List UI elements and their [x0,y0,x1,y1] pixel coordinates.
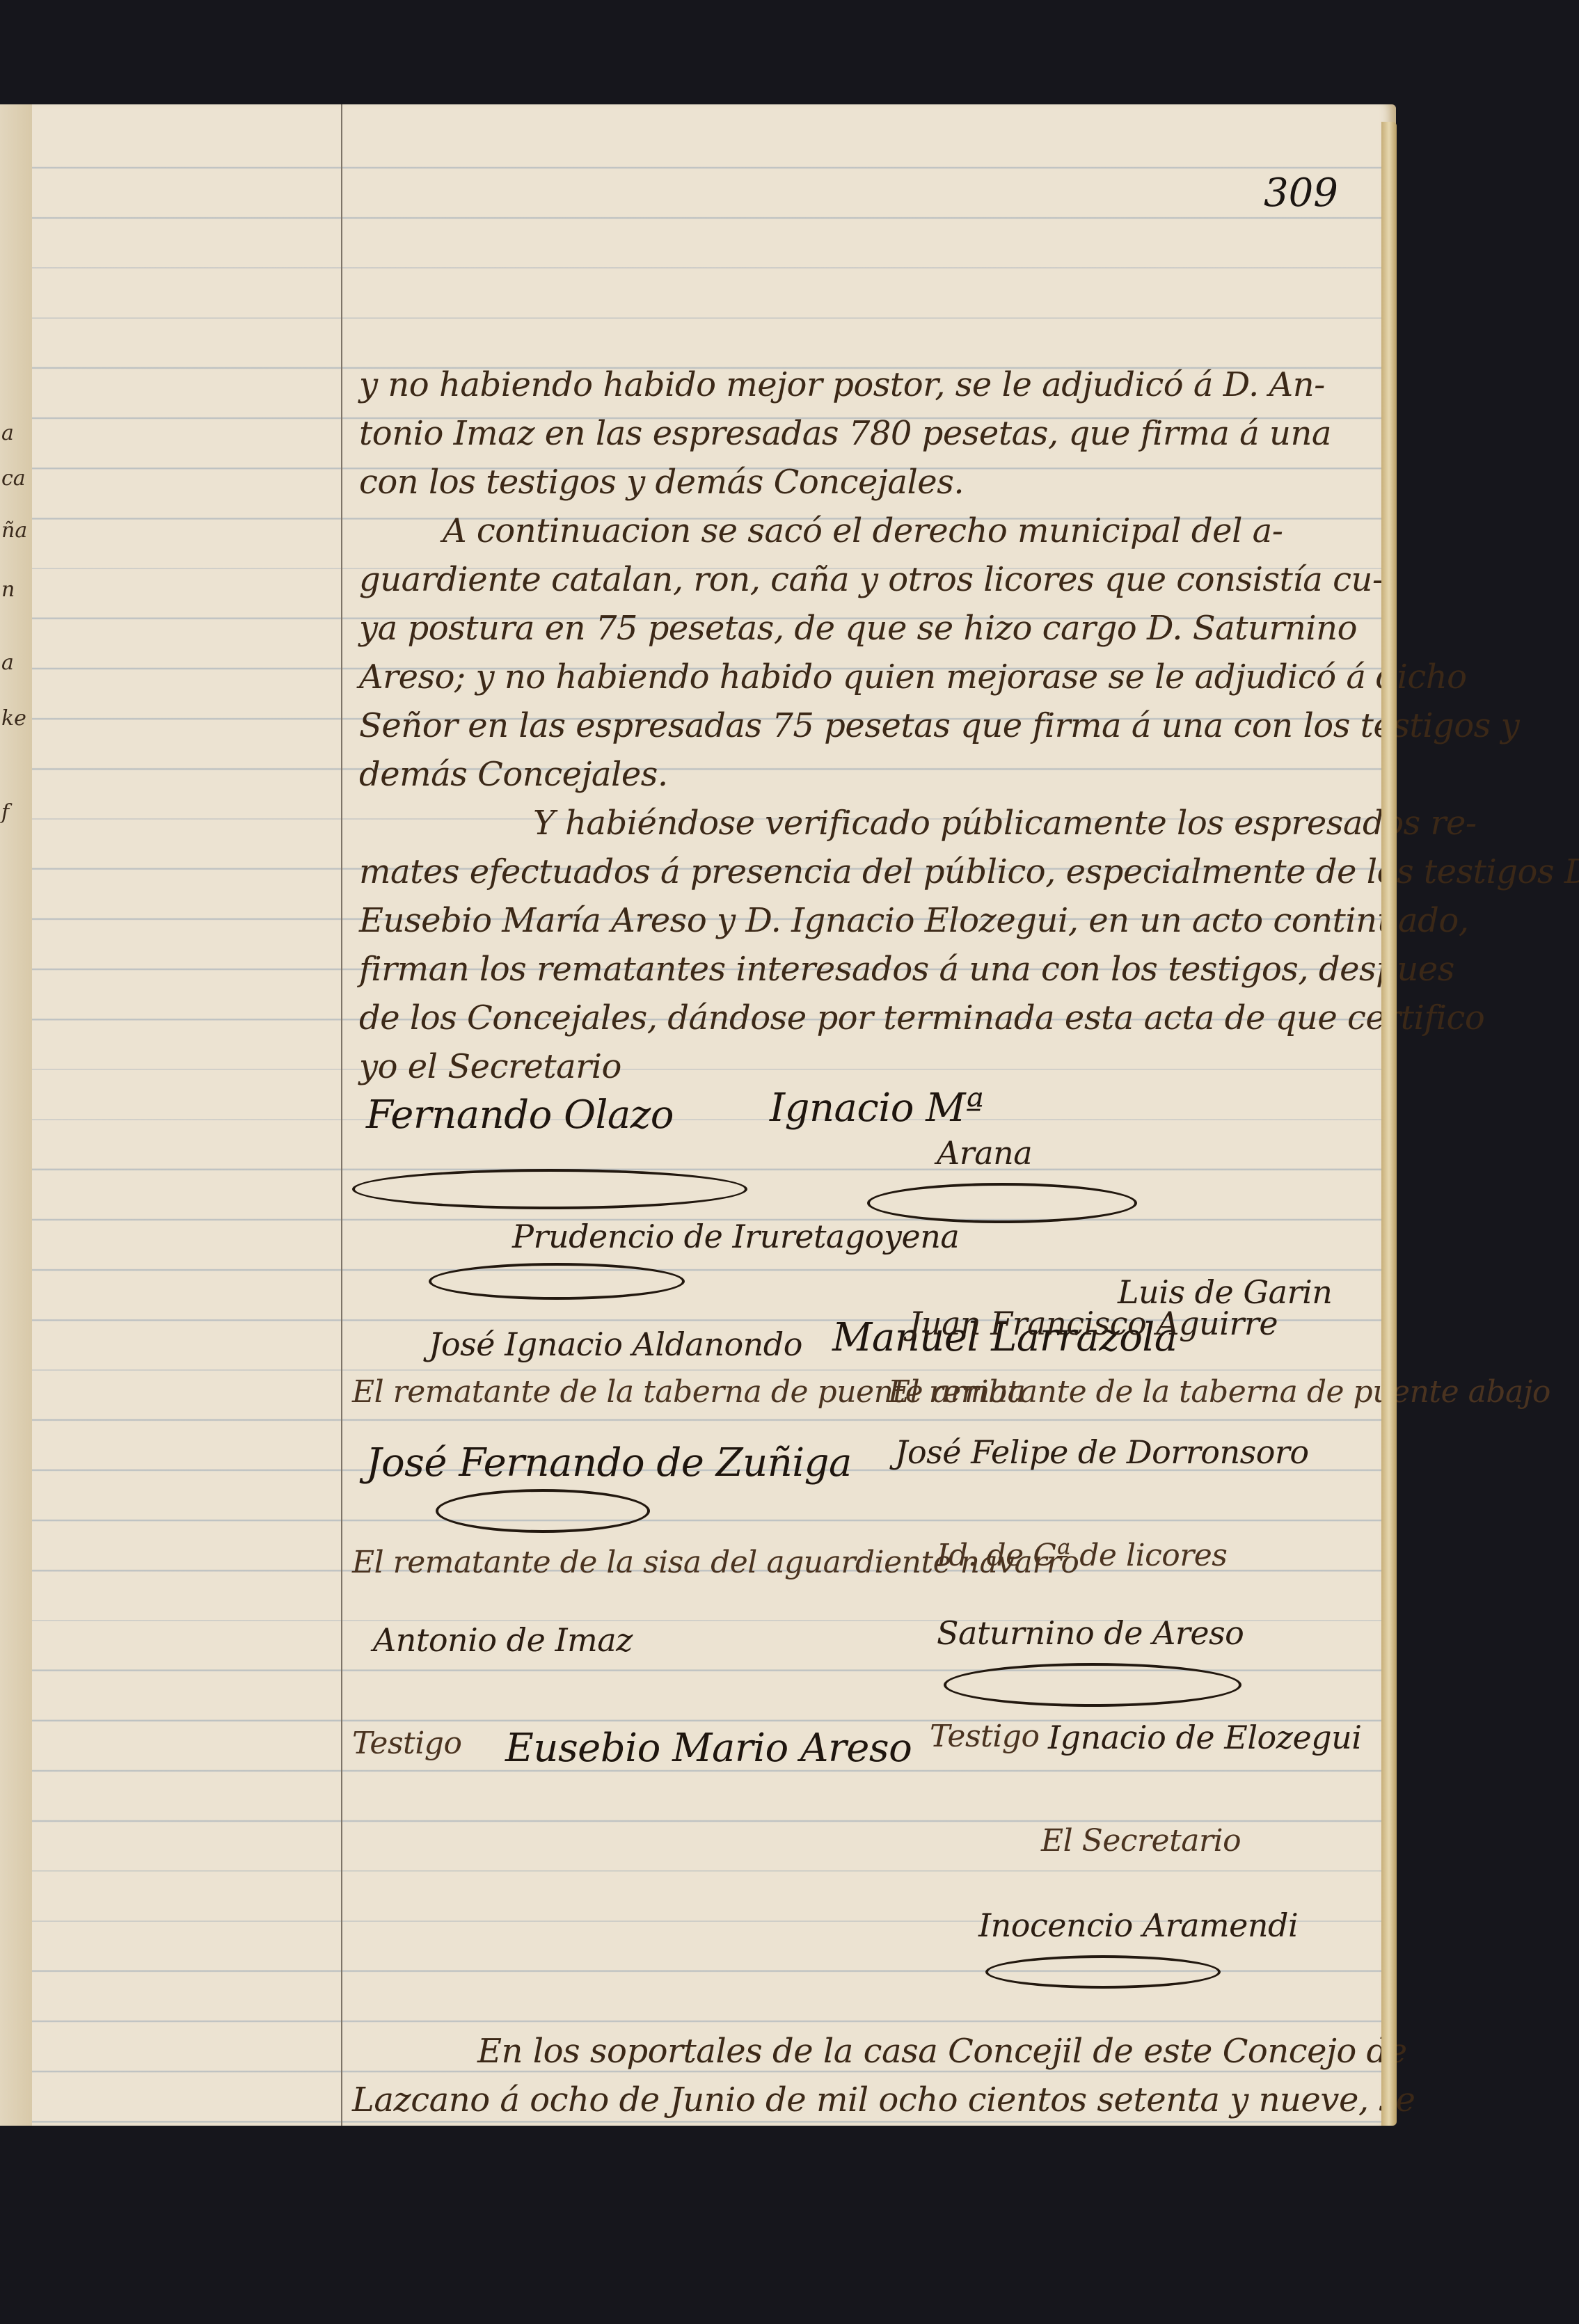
signature: José Ignacio Aldanondo [429,1326,802,1363]
previous-page-fragment: ca [1,466,26,491]
signature: Antonio de Imaz [373,1621,633,1659]
signature-flourish [352,1169,747,1209]
body-line: Lazcano á ocho de Junio de mil ocho cien… [352,2080,1415,2119]
rematante-label: El rematante de la taberna de puente aba… [888,1374,1550,1410]
signature-flourish [944,1663,1241,1707]
margin-rule [341,104,342,2126]
signature-flourish [429,1263,685,1300]
body-line: yo el Secretario [359,1047,621,1086]
signature: Prudencio de Iruretagoyena [512,1218,959,1255]
signature-flourish [436,1489,650,1533]
body-line: tonio Imaz en las espresadas 780 pesetas… [359,414,1331,453]
previous-page-edge: a ca ña n a ke f [0,104,34,2126]
body-line: En los soportales de la casa Concejil de… [477,2032,1407,2071]
signature: José Fernando de Zuñiga [366,1440,852,1486]
body-line: guardiente catalan, ron, caña y otros li… [359,560,1383,599]
body-line: con los testigos y demás Concejales. [359,463,964,502]
page-edge [1381,122,1397,2126]
body-line: firman los rematantes interesados á una … [359,950,1454,989]
rematante-label: Id. de Cª de licores [937,1538,1227,1573]
body-line: demás Concejales. [359,755,668,794]
signature: Eusebio Mario Areso [505,1726,912,1771]
body-line: Señor en las espresadas 75 pesetas que f… [359,706,1519,745]
signature: Ignacio Mª [770,1085,983,1131]
witness-label: Testigo [352,1726,461,1761]
body-line: A continuacion se sacó el derecho munici… [443,511,1283,550]
body-line: y no habiendo habido mejor postor, se le… [359,365,1325,404]
signature: Ignacio de Elozegui [1048,1719,1361,1756]
body-line: ya postura en 75 pesetas, de que se hizo… [359,609,1357,648]
body-line: de los Concejales, dándose por terminada… [359,998,1484,1037]
signature-flourish [985,1955,1221,1989]
signature: Inocencio Aramendi [978,1907,1298,1944]
signature: José Felipe de Dorronsoro [895,1433,1309,1471]
body-line: Areso; y no habiendo habido quien mejora… [359,658,1467,697]
signature: Fernando Olazo [366,1092,674,1138]
signature: Juan Francisco Aguirre [909,1305,1278,1342]
signature: Arana [937,1134,1032,1172]
secretary-label: El Secretario [1041,1823,1241,1859]
page-number: 309 [1264,170,1338,216]
witness-label: Testigo [930,1719,1039,1754]
previous-page-fragment: a [1,651,14,675]
previous-page-fragment: ña [1,518,27,543]
previous-page-fragment: f [1,800,9,825]
ledger-page: 309 y no habiendo habido mejor postor, s… [32,104,1396,2126]
previous-page-fragment: n [1,578,15,602]
body-line: Y habiéndose verificado públicamente los… [533,804,1477,843]
signature: Saturnino de Areso [937,1614,1244,1652]
previous-page-fragment: a [1,421,14,445]
previous-page-fragment: ke [1,706,26,731]
body-line: Eusebio María Areso y D. Ignacio Elozegu… [359,901,1469,940]
